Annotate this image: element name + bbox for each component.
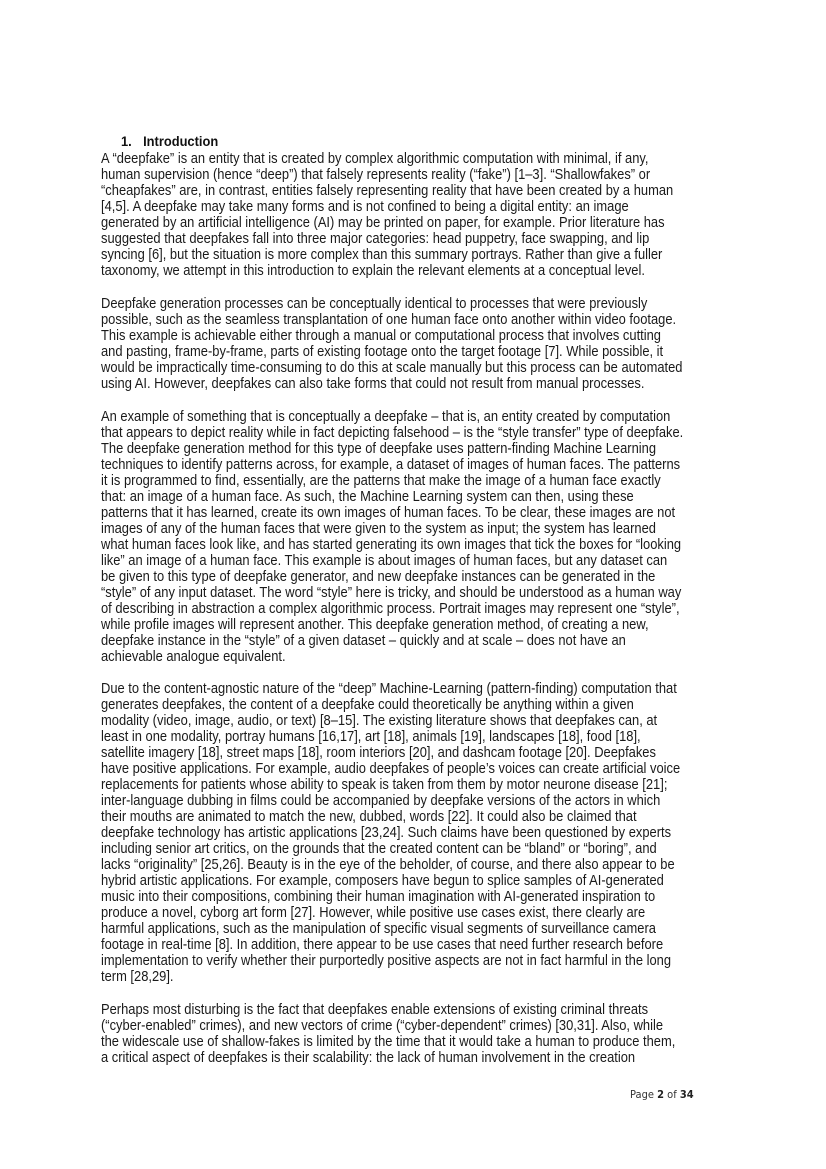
text-line: it is programmed to find, essentially, a… xyxy=(101,473,667,489)
text-line: music into their compositions, combining… xyxy=(101,889,667,905)
paragraph-5: Perhaps most disturbing is the fact that… xyxy=(101,1002,741,1066)
page-total: 34 xyxy=(680,1088,694,1101)
text-line: possible, such as the seamless transplan… xyxy=(101,312,667,328)
text-line: while profile images will represent anot… xyxy=(101,617,667,633)
page-number-footer: Page 2 of 34 xyxy=(630,1088,694,1101)
text-line: human supervision (hence “deep”) that fa… xyxy=(101,167,667,183)
text-line: Deepfake generation processes can be con… xyxy=(101,296,667,312)
paragraph-2: Deepfake generation processes can be con… xyxy=(101,296,741,392)
text-line: The deepfake generation method for this … xyxy=(101,441,667,457)
text-line: [4,5]. A deepfake may take many forms an… xyxy=(101,199,667,215)
page-current: 2 xyxy=(657,1088,664,1101)
text-line: that appears to depict reality while in … xyxy=(101,425,667,441)
text-line: have positive applications. For example,… xyxy=(101,761,667,777)
text-line: harmful applications, such as the manipu… xyxy=(101,921,667,937)
text-line: satellite imagery [18], street maps [18]… xyxy=(101,745,667,761)
page-of: of xyxy=(664,1088,680,1101)
section-title: Introduction xyxy=(143,133,218,149)
text-line: least in one modality, portray humans [1… xyxy=(101,729,667,745)
text-line: would be impractically time-consuming to… xyxy=(101,360,667,376)
text-line: their mouths are animated to match the n… xyxy=(101,809,667,825)
paragraph-3: An example of something that is conceptu… xyxy=(101,409,741,665)
text-line: “style” of any input dataset. The word “… xyxy=(101,585,667,601)
text-line: and pasting, frame-by-frame, parts of ex… xyxy=(101,344,667,360)
text-line: This example is achievable either throug… xyxy=(101,328,667,344)
section-heading: 1.Introduction xyxy=(121,133,218,149)
text-line: deepfake instance in the “style” of a gi… xyxy=(101,633,667,649)
text-line: that: an image of a human face. As such,… xyxy=(101,489,667,505)
text-line: Perhaps most disturbing is the fact that… xyxy=(101,1002,667,1018)
text-line: of describing in abstraction a complex a… xyxy=(101,601,667,617)
text-line: using AI. However, deepfakes can also ta… xyxy=(101,376,667,392)
paragraph-1: A “deepfake” is an entity that is create… xyxy=(101,151,741,279)
text-line: An example of something that is conceptu… xyxy=(101,409,667,425)
text-line: inter-language dubbing in films could be… xyxy=(101,793,667,809)
text-line: (“cyber-enabled” crimes), and new vector… xyxy=(101,1018,667,1034)
text-line: A “deepfake” is an entity that is create… xyxy=(101,151,667,167)
text-line: taxonomy, we attempt in this introductio… xyxy=(101,263,667,279)
text-line: deepfake technology has artistic applica… xyxy=(101,825,667,841)
text-line: hybrid artistic applications. For exampl… xyxy=(101,873,667,889)
text-line: “cheapfakes” are, in contrast, entities … xyxy=(101,183,667,199)
text-line: modality (video, image, audio, or text) … xyxy=(101,713,667,729)
document-page: 1.Introduction A “deepfake” is an entity… xyxy=(0,0,826,1169)
text-line: what human faces look like, and has star… xyxy=(101,537,667,553)
text-line: images of any of the human faces that we… xyxy=(101,521,667,537)
text-line: generated by an artificial intelligence … xyxy=(101,215,667,231)
text-line: like” an image of a human face. This exa… xyxy=(101,553,667,569)
text-line: achievable analogue equivalent. xyxy=(101,649,667,665)
text-line: techniques to identify patterns across, … xyxy=(101,457,667,473)
page-prefix: Page xyxy=(630,1088,657,1101)
text-line: the widescale use of shallow-fakes is li… xyxy=(101,1034,667,1050)
text-line: be given to this type of deepfake genera… xyxy=(101,569,667,585)
paragraph-4: Due to the content-agnostic nature of th… xyxy=(101,681,741,985)
text-line: generates deepfakes, the content of a de… xyxy=(101,697,667,713)
text-line: implementation to verify whether their p… xyxy=(101,953,667,969)
text-line: term [28,29]. xyxy=(101,969,667,985)
text-line: produce a novel, cyborg art form [27]. H… xyxy=(101,905,667,921)
text-line: suggested that deepfakes fall into three… xyxy=(101,231,667,247)
section-number: 1. xyxy=(121,133,143,149)
text-line: Due to the content-agnostic nature of th… xyxy=(101,681,667,697)
text-line: patterns that it has learned, create its… xyxy=(101,505,667,521)
text-line: replacements for patients whose ability … xyxy=(101,777,667,793)
text-line: footage in real-time [8]. In addition, t… xyxy=(101,937,667,953)
text-line: lacks “originality” [25,26]. Beauty is i… xyxy=(101,857,667,873)
text-line: including senior art critics, on the gro… xyxy=(101,841,667,857)
text-line: a critical aspect of deepfakes is their … xyxy=(101,1050,667,1066)
text-line: syncing [6], but the situation is more c… xyxy=(101,247,667,263)
